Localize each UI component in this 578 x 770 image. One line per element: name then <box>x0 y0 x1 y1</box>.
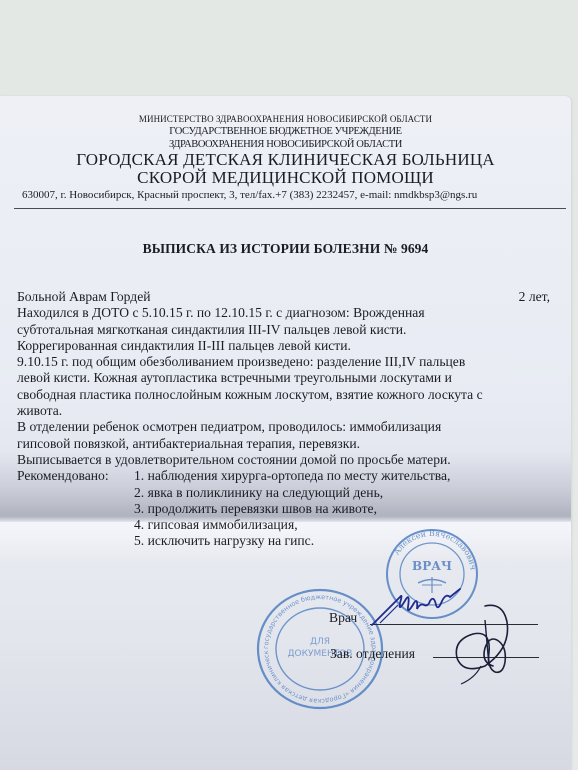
hospital-name-line-2: СКОРОЙ МЕДИЦИНСКОЙ ПОМОЩИ <box>0 168 571 188</box>
recommendation-text: 4. гипсовая иммобилизация, <box>134 517 298 532</box>
body-line: Коррегированная синдактилия II-III пальц… <box>17 338 557 354</box>
recommendation-item: 3. продолжить перевязки швов на животе, <box>17 501 557 517</box>
svg-text:ДЛЯ: ДЛЯ <box>310 637 330 647</box>
header-divider <box>14 208 566 209</box>
body-line: свободная пластика полнослойным кожным л… <box>17 387 557 403</box>
document-title: ВЫПИСКА ИЗ ИСТОРИИ БОЛЕЗНИ № 9694 <box>0 241 571 257</box>
head-signature-label: Зав. отделения <box>330 646 415 662</box>
body-line: живота. <box>17 403 557 419</box>
recommendation-text: 2. явка в поликлинику на следующий день, <box>134 485 383 500</box>
recommendations-label: Рекомендовано: <box>17 468 134 484</box>
recommendation-text: 3. продолжить перевязки швов на животе, <box>134 501 377 516</box>
svg-text:ВРАЧ: ВРАЧ <box>412 559 452 573</box>
body-line: субтотальная мягкотканая синдактилия III… <box>17 322 557 338</box>
body-line: Находился в ДОТО с 5.10.15 г. по 12.10.1… <box>17 305 557 321</box>
ministry-name: МИНИСТЕРСТВО ЗДРАВООХРАНЕНИЯ НОВОСИБИРСК… <box>0 114 571 124</box>
body-line: левой кисти. Кожная аутопластика встречн… <box>17 370 557 386</box>
hospital-address: 630007, г. Новосибирск, Красный проспект… <box>22 189 477 201</box>
recommendation-text: 5. исключить нагрузку на гипс. <box>134 533 314 548</box>
patient-name: Больной Аврам Гордей <box>17 289 151 304</box>
body-line: В отделении ребенок осмотрен педиатром, … <box>17 419 557 435</box>
doctor-signature-label: Врач <box>329 610 357 626</box>
institution-line-1: ГОСУДАРСТВЕННОЕ БЮДЖЕТНОЕ УЧРЕЖДЕНИЕ <box>0 126 571 137</box>
patient-line: Больной Аврам Гордей 2 лет, <box>17 289 557 305</box>
patient-age: 2 лет, <box>519 289 550 305</box>
recommendation-item: 2. явка в поликлинику на следующий день, <box>17 485 557 501</box>
body-line: гипсовой повязкой, антибактериальная тер… <box>17 436 557 452</box>
body-line: 9.10.15 г. под общим обезболиванием прои… <box>17 354 557 370</box>
body-line: Выписывается в удовлетворительном состоя… <box>17 452 557 468</box>
document-body: Больной Аврам Гордей 2 лет, Находился в … <box>17 289 557 550</box>
hospital-name-line-1: ГОРОДСКАЯ ДЕТСКАЯ КЛИНИЧЕСКАЯ БОЛЬНИЦА <box>0 150 571 170</box>
head-signature-icon <box>445 600 525 686</box>
recommendation-item: Рекомендовано:1. наблюдения хирурга-орто… <box>17 468 557 484</box>
recommendation-text: 1. наблюдения хирурга-ортопеда по месту … <box>134 468 450 483</box>
institution-line-2: ЗДРАВООХРАНЕНИЯ НОВОСИБИРСКОЙ ОБЛАСТИ <box>0 139 571 150</box>
